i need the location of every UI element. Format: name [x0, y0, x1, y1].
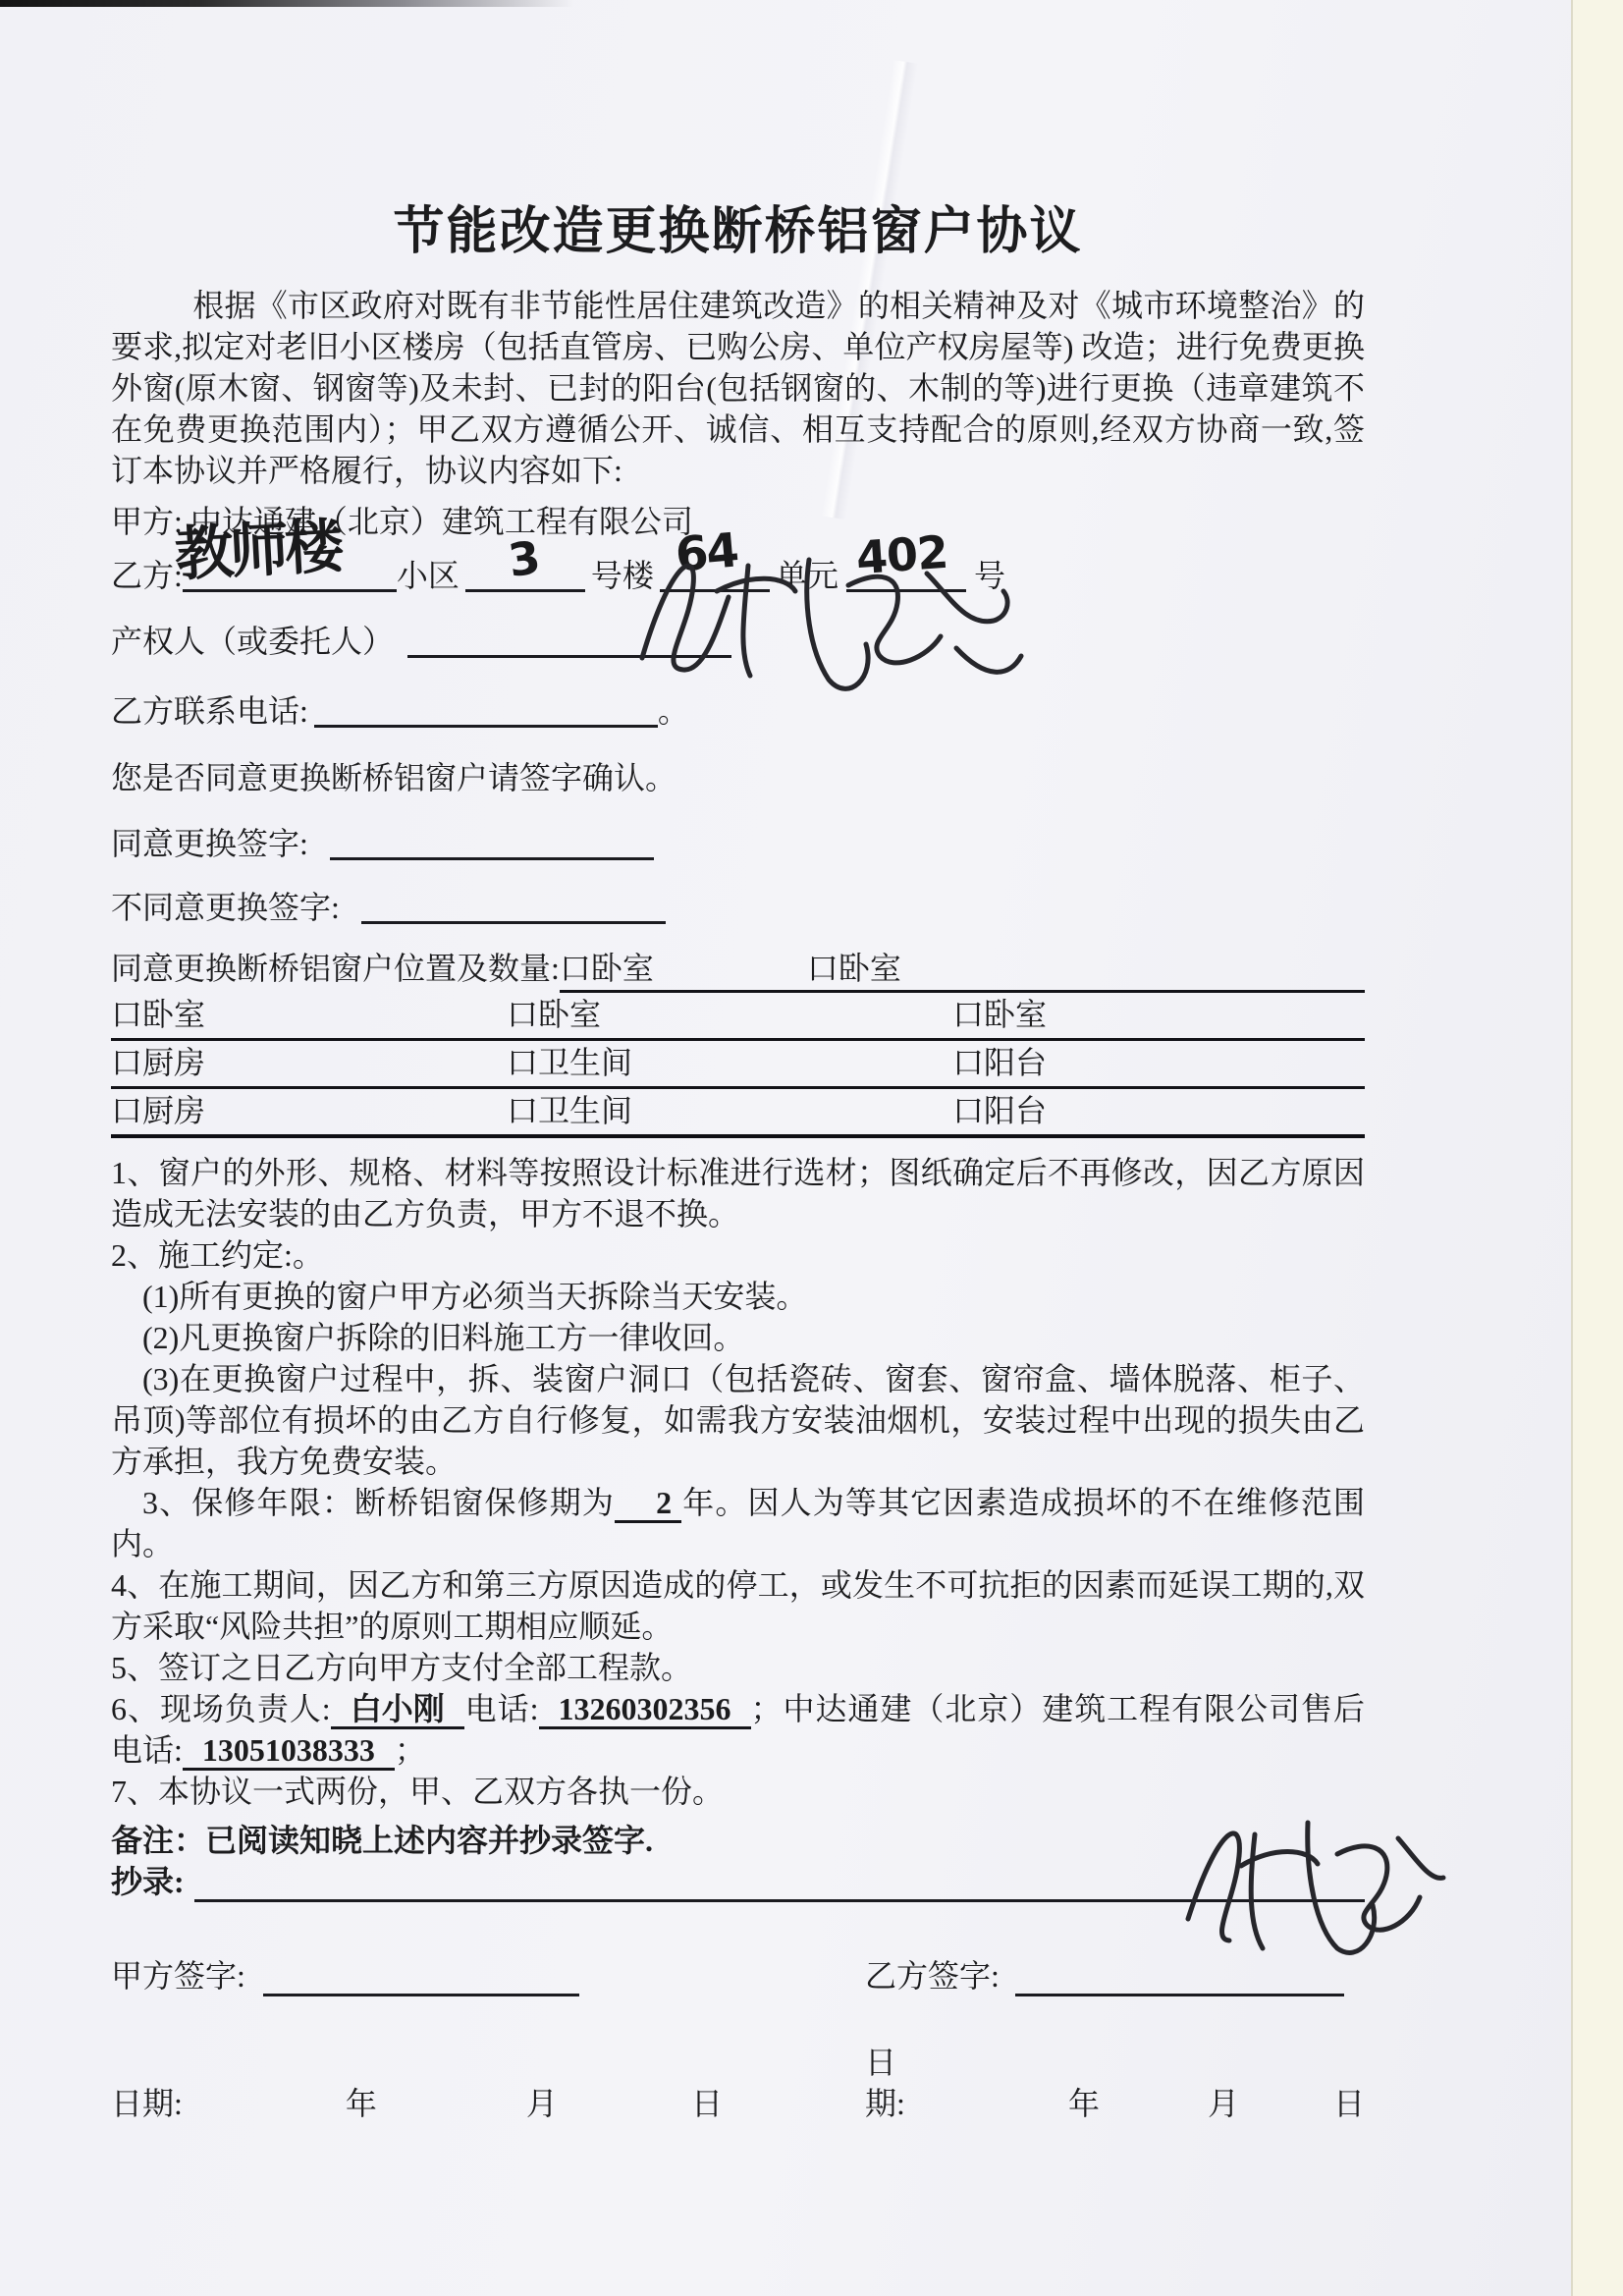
party-a-sign-label: 甲方签字:: [111, 1955, 245, 1996]
handwritten-building-number: 3: [506, 536, 543, 581]
site-manager-phone: 13260302356: [539, 1691, 751, 1729]
term-5: 5、签订之日乙方向甲方支付全部工程款。: [111, 1647, 1365, 1688]
building-number-field: 3: [465, 554, 585, 592]
document-title: 节能改造更换断桥铝窗户协议: [111, 202, 1365, 263]
checkbox-bedroom: 口卧室: [807, 946, 1365, 993]
copy-line: 抄录:: [111, 1861, 1365, 1902]
owner-label: 产权人（或委托人）: [111, 624, 394, 659]
community-suffix: 小区: [397, 558, 460, 593]
copy-field: [194, 1862, 1365, 1902]
term-7: 7、本协议一式两份，甲、乙双方各执一份。: [111, 1771, 1365, 1812]
year-label: 年: [346, 2083, 377, 2124]
room-number-field: 402: [846, 554, 966, 592]
term-3-prefix: 3、保修年限：断桥铝窗保修期为: [142, 1485, 615, 1520]
unit-suffix: 单元: [776, 558, 839, 593]
party-a-signature-field: [263, 1958, 579, 1996]
date-label: 日期:: [865, 2042, 925, 2124]
party-b-label: 乙方:: [111, 558, 183, 593]
phone-field: [314, 689, 658, 728]
party-a-date-block: 日期: 年 月 日: [111, 2042, 865, 2124]
party-a-value: 中达通建（北京）建筑工程有限公司: [190, 504, 693, 539]
phone-line: 乙方联系电话:。: [111, 689, 1365, 732]
term-2-3: (3)在更换窗户过程中，拆、装窗户洞口（包括瓷砖、窗套、窗帘盒、墙体脱落、柜子、…: [111, 1358, 1365, 1482]
scanned-agreement: 节能改造更换断桥铝窗户协议 根据《市区政府对既有非节能性居住建筑改造》的相关精神…: [0, 0, 1623, 2296]
term-2-1: (1)所有更换的窗户甲方必须当天拆除当天安装。: [111, 1276, 1365, 1317]
phone-label: 乙方联系电话:: [111, 693, 308, 729]
date-row: 日期: 年 月 日 日期: 年 月 日: [111, 2042, 1365, 2124]
warranty-years-value: 2: [615, 1485, 681, 1523]
owner-line: 产权人（或委托人）: [111, 620, 1365, 662]
agree-sign-line: 同意更换签字:: [111, 822, 1365, 864]
month-label: 月: [526, 2083, 558, 2124]
term-6: 6、现场负责人:白小刚电话:13260302356；中达通建（北京）建筑工程有限…: [111, 1688, 1365, 1771]
building-suffix: 号楼: [591, 558, 654, 593]
checkbox-bedroom: 口卧室: [111, 993, 507, 1038]
party-b-date-block: 日期: 年 月 日: [865, 2042, 1365, 2124]
community-name-field: 教师楼: [183, 554, 397, 592]
intro-paragraph: 根据《市区政府对既有非节能性居住建筑改造》的相关精神及对《城市环境整治》的要求,…: [111, 285, 1365, 491]
room-suffix: 号: [974, 558, 1005, 593]
checkbox-bedroom: 口卧室: [952, 993, 1365, 1038]
checkbox-bedroom: 口卧室: [560, 946, 807, 993]
term-6-end: ；: [395, 1732, 426, 1768]
party-a-sign-block: 甲方签字:: [111, 1955, 865, 1996]
owner-signature-field: [407, 620, 731, 658]
disagree-sign-line: 不同意更换签字:: [111, 886, 1365, 928]
checkbox-bathroom: 口卫生间: [507, 1089, 952, 1134]
party-a-line: 甲方: 中达通建（北京）建筑工程有限公司: [111, 501, 1365, 542]
date-label: 日期:: [111, 2083, 183, 2124]
party-a-label: 甲方:: [111, 504, 183, 539]
checkbox-kitchen: 口厨房: [111, 1089, 507, 1134]
checkbox-kitchen: 口厨房: [111, 1041, 507, 1086]
checkbox-bedroom: 口卧室: [507, 993, 952, 1038]
term-4: 4、在施工期间，因乙方和第三方原因造成的停工，或发生不可抗拒的因素而延误工期的,…: [111, 1564, 1365, 1647]
copy-label: 抄录:: [111, 1861, 185, 1902]
after-sales-phone: 13051038333: [183, 1732, 395, 1771]
checkbox-balcony: 口阳台: [952, 1089, 1365, 1134]
table-header-label: 同意更换断桥铝窗户位置及数量:: [111, 946, 560, 993]
remark-line: 备注：已阅读知晓上述内容并抄录签字.: [111, 1820, 1365, 1861]
table-header-row: 同意更换断桥铝窗户位置及数量: 口卧室 口卧室: [111, 946, 1365, 993]
table-row: 口厨房 口卫生间 口阳台: [111, 1089, 1365, 1138]
phone-period: 。: [658, 693, 689, 729]
agree-sign-label: 同意更换签字:: [111, 826, 308, 861]
party-b-signature-field: [1015, 1958, 1344, 1996]
table-row: 口卧室 口卧室 口卧室: [111, 993, 1365, 1041]
table-row: 口厨房 口卫生间 口阳台: [111, 1041, 1365, 1089]
term-1: 1、窗户的外形、规格、材料等按照设计标准进行选材；图纸确定后不再修改，因乙方原因…: [111, 1152, 1365, 1234]
disagree-signature-field: [361, 886, 666, 924]
paper-sheet: 节能改造更换断桥铝窗户协议 根据《市区政府对既有非节能性居住建筑改造》的相关精神…: [0, 0, 1573, 2296]
term-2: 2、施工约定:。: [111, 1234, 1365, 1276]
term-6-prefix: 6、现场负责人:: [111, 1691, 331, 1726]
year-label: 年: [1068, 2083, 1100, 2124]
term-6-tel-label: 电话:: [464, 1691, 539, 1726]
agree-signature-field: [330, 822, 654, 860]
unit-number-field: 64: [660, 554, 770, 592]
disagree-sign-label: 不同意更换签字:: [111, 890, 340, 925]
window-quantity-table: 同意更换断桥铝窗户位置及数量: 口卧室 口卧室 口卧室 口卧室 口卧室 口厨房 …: [111, 946, 1365, 1138]
term-3: 3、保修年限：断桥铝窗保修期为2年。因人为等其它因素造成损坏的不在维修范围内。: [111, 1482, 1365, 1564]
party-b-sign-block: 乙方签字:: [865, 1955, 1365, 1996]
day-label: 日: [1333, 2083, 1365, 2124]
term-2-2: (2)凡更换窗户拆除的旧料施工方一律收回。: [111, 1317, 1365, 1358]
terms-list: 1、窗户的外形、规格、材料等按照设计标准进行选材；图纸确定后不再修改，因乙方原因…: [111, 1152, 1365, 1812]
signature-row: 甲方签字: 乙方签字:: [111, 1955, 1365, 1996]
day-label: 日: [691, 2083, 723, 2124]
party-b-line: 乙方:教师楼小区3号楼64单元402号: [111, 554, 1365, 596]
site-manager-name: 白小刚: [331, 1691, 464, 1729]
checkbox-bathroom: 口卫生间: [507, 1041, 952, 1086]
month-label: 月: [1208, 2083, 1239, 2124]
checkbox-balcony: 口阳台: [952, 1041, 1365, 1086]
confirm-note-line: 您是否同意更换断桥铝窗户请签字确认。: [111, 757, 1365, 798]
party-b-sign-label: 乙方签字:: [865, 1955, 1000, 1996]
document-content: 节能改造更换断桥铝窗户协议 根据《市区政府对既有非节能性居住建筑改造》的相关精神…: [111, 0, 1365, 2124]
